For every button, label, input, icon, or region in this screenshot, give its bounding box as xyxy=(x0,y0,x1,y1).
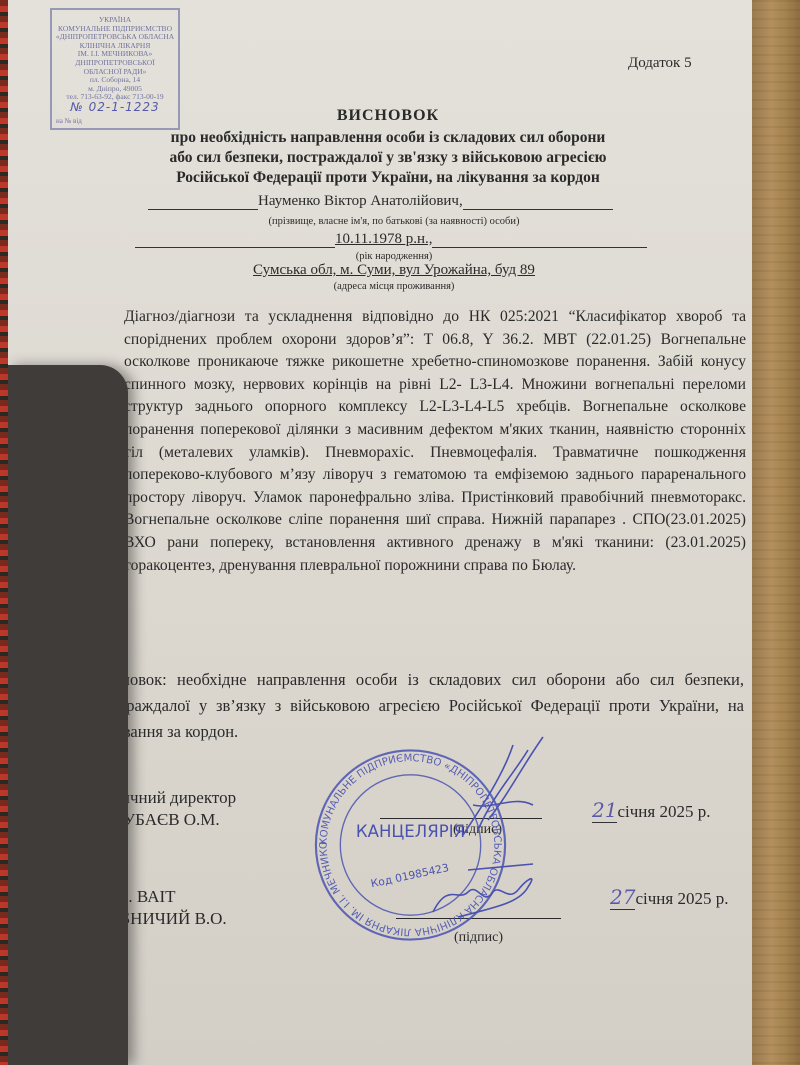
document-title: ВИСНОВОК xyxy=(8,107,768,125)
conclusion-text: Висновок: необхідне направлення особи із… xyxy=(94,667,744,745)
patient-name-caption: (прізвище, власне ім'я, по батькові (за … xyxy=(0,216,794,227)
fill-line xyxy=(135,233,335,248)
fill-line xyxy=(432,233,647,248)
date-day-handwritten: 21 xyxy=(592,798,617,823)
patient-name-field: Науменко Віктор Анатолійович, xyxy=(148,193,613,210)
birth-date: 10.11.1978 р.н., xyxy=(335,231,432,248)
birth-date-caption: (рік народження) xyxy=(0,251,794,262)
patient-name: Науменко Віктор Анатолійович, xyxy=(258,193,463,210)
date-month-year: січня 2025 р. xyxy=(617,802,710,821)
conclusion-paragraph: Висновок: необхідне направлення особи із… xyxy=(94,667,744,745)
stamp-center-text: КАНЦЕЛЯРІЯ xyxy=(356,822,465,841)
background-cloth-edge xyxy=(0,0,8,1065)
patient-address: Сумська обл, м. Суми, вул Урожайна, буд … xyxy=(0,262,794,279)
annex-label: Додаток 5 xyxy=(628,55,692,72)
sign-date-2: 27січня 2025 р. xyxy=(610,885,728,909)
subtitle-line: Російської Федерації проти України, на л… xyxy=(8,168,768,188)
subtitle-line: або сил безпеки, постраждалої у зв'язку … xyxy=(8,148,768,168)
sign-date-1: 21січня 2025 р. xyxy=(592,798,710,822)
subtitle-line: про необхідність направлення особи із ск… xyxy=(8,128,768,148)
fill-line xyxy=(463,195,613,210)
photo-hand-shadow xyxy=(8,365,128,1065)
signature-medical-director-icon xyxy=(453,735,563,845)
document-page: УКРАЇНА КОМУНАЛЬНЕ ПІДПРИЄМСТВО «ДНІПРОП… xyxy=(8,0,752,1065)
address-caption: (адреса місця проживання) xyxy=(0,281,794,292)
birth-date-field: 10.11.1978 р.н., xyxy=(135,231,647,248)
fill-line xyxy=(148,195,258,210)
document-subtitle: про необхідність направлення особи із ск… xyxy=(8,128,768,188)
diagnosis-paragraph: Діагноз/діагнози та ускладнення відповід… xyxy=(124,306,746,577)
signature-acting-head-icon xyxy=(428,862,548,922)
date-month-year: січня 2025 р. xyxy=(635,889,728,908)
diagnosis-text: Діагноз/діагнози та ускладнення відповід… xyxy=(124,306,746,577)
date-day-handwritten: 27 xyxy=(610,885,635,910)
